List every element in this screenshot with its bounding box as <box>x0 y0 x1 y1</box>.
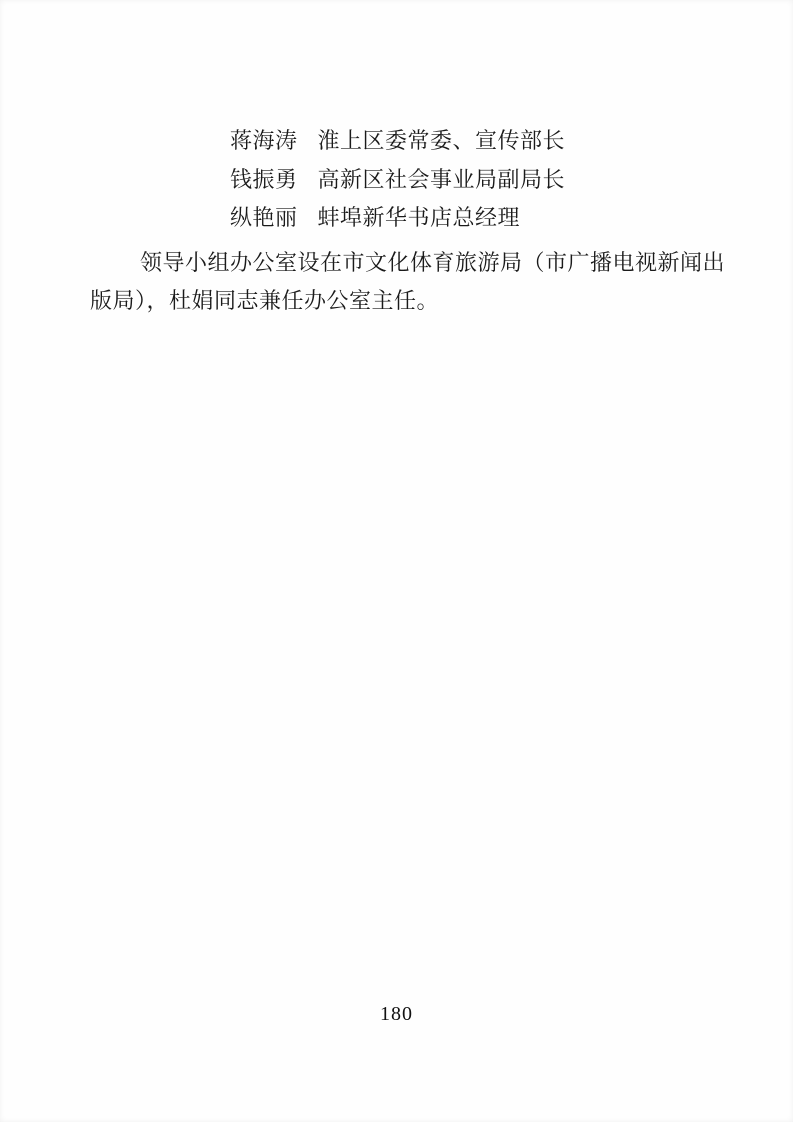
document-page: 蒋海涛淮上区委常委、宣传部长 钱振勇高新区社会事业局副局长 纵艳丽蚌埠新华书店总… <box>0 0 793 1122</box>
appointment-row: 纵艳丽蚌埠新华书店总经理 <box>230 199 730 238</box>
person-name: 钱振勇 <box>230 161 298 200</box>
person-name: 蒋海涛 <box>230 122 298 161</box>
person-name: 纵艳丽 <box>230 199 298 238</box>
document-body: 蒋海涛淮上区委常委、宣传部长 钱振勇高新区社会事业局副局长 纵艳丽蚌埠新华书店总… <box>90 122 730 321</box>
person-title: 高新区社会事业局副局长 <box>318 167 566 192</box>
office-paragraph: 领导小组办公室设在市文化体育旅游局（市广播电视新闻出版局），杜娟同志兼任办公室主… <box>90 244 730 321</box>
appointment-row: 蒋海涛淮上区委常委、宣传部长 <box>230 122 730 161</box>
person-title: 淮上区委常委、宣传部长 <box>318 128 566 153</box>
appointment-row: 钱振勇高新区社会事业局副局长 <box>230 161 730 200</box>
person-title: 蚌埠新华书店总经理 <box>318 205 521 230</box>
appointments-list: 蒋海涛淮上区委常委、宣传部长 钱振勇高新区社会事业局副局长 纵艳丽蚌埠新华书店总… <box>90 122 730 238</box>
page-number: 180 <box>0 1003 793 1026</box>
